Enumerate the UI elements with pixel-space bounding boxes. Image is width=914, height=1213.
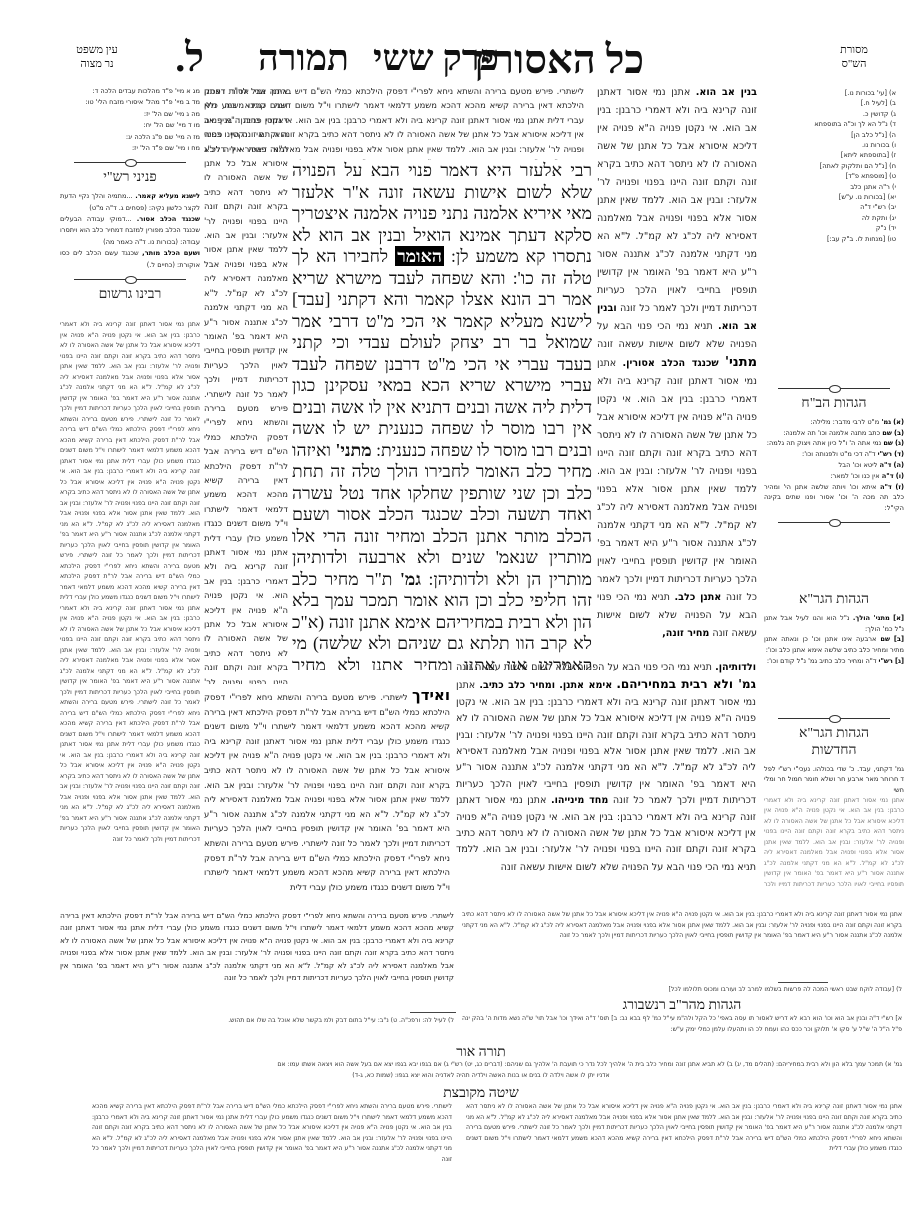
hagahot-habach: הגהות הב"ח (א) גמ' מ"ט לרבי מדבר: מלילה:… [764,380,904,530]
footnote-left: ל) לעיל לה: ורפכ"ה. ט) נ"ב: עי"ל בתום דב… [60,1016,454,1027]
habach-item: (ג) שם נמי אתה ה' ו"ל כיון אתה ויצוק תה … [764,438,904,449]
rabbeinu-gershom-title: רבינו גרשום [60,287,200,304]
daf-number: ל. [175,38,204,78]
mishna-text: ואיזהו מחיר כלב האומר לחבירו הולך טלה זה… [292,440,592,589]
tosafot-dh: ואידך [412,688,450,704]
page-header: מסורת הש"ס כל האסורין פרק ששי תמורה ל. ע… [0,30,914,90]
pninei-rashi-entry: ושעם הכלב מותר, שכנגד עשם הכלב לים כסו א… [60,248,200,271]
ein-mishpat-item: מז ה מיי' שם פ"ג הלכה יג: [60,132,200,143]
mesoret-label-line1: מסורת [824,44,884,58]
mesoret-item: יג) ותקת לה [766,213,896,223]
pninei-rashi-entry: לישנא מעליא קאמר. ...מתמיה והלך נקיי הדע… [60,191,200,214]
shita-mekubetzet-title: שיטה מקובצת [60,1086,902,1103]
rashi-dh: מחד מינייהו. [551,795,608,806]
rashi-lower-wide: אתנן נמי אסור דאתנן זונה קרינא ביה ולא ד… [462,910,902,988]
ornament-divider [74,275,186,283]
ornament-divider [74,158,186,166]
tosafot-bottom-block: ואידך לישתרי. פירש מטעם ברירה והשתא ניחא… [204,688,450,910]
torah-or-line1: גמ' א) תמכר עמך בלא הון ולא רבית במחיריה… [60,1060,902,1071]
torah-or-line2: אדניו יתן לו אשה וילדה לו בנים או בנות ה… [60,1071,902,1082]
chapter-name: כל האסורין [474,40,644,80]
gemara-line: רבי אלעזר היא דאמר פנוי הבא על הפנויה [292,160,592,180]
pninei-rashi-entry: שכנגד הכלב אסור. ...דמוקי עבודה הבעלים ש… [60,214,200,248]
dibbur-hamatchil-highlight: האומר [395,246,444,266]
rashi-dh: מתני' [725,355,757,370]
ein-mishpat-label: עין משפט נר מצוה [62,44,132,72]
rashi-dh: מחיר זונה, [662,628,709,639]
gemara-text: רבי אלעזר היא דאמר פנוי הבא על הפנויה של… [292,160,592,670]
ein-mishpat-label-line2: נר מצוה [62,58,132,72]
mesoret-item: ב) [לעיל ח.] [766,98,896,108]
chapter-label: פרק ששי [373,40,499,76]
hagahot-hagra: הגהות הגר"א [א] מתני' הולך. נ"ל הוא והנו… [764,590,904,667]
hagra-item: [ב] שם ארבעה אינו אתנן וכו' כן ונאתה אתנ… [764,634,904,656]
mesoret-item: ז) [בתוספתא ליתא] [766,150,896,160]
ein-mishpat-item: מג א מיי' פ"ד מהלכות עבדים הלכה ד: [60,86,200,97]
hagra-item: [ג] רש"י ד"ה ומחיר כלב כתיב גמ' נ"ל קודם… [764,656,904,667]
rashi-dh: אימא אתנן. [559,680,612,691]
footnote-rule-right [778,982,828,983]
ein-mishpat-item: מד ב מיי' פ"ד מהל' איסורי מזבח הלי' טו: [60,97,200,108]
ein-mishpat-item: מח ו מיי' שם פ"ד הל' יז: [60,143,200,154]
hagahot-maharshab-text: א] רש"י ד"ה ובנין אב הוא וכו' הוא רבא לא… [462,1014,902,1035]
mesoret-item: ו) בכורות נו. [766,140,896,150]
rashi-dh: ולדותיהן. [715,662,756,673]
ein-mishpat-item: מה ג מיי' שם הל' יז: [60,109,200,120]
rashi-dh: אתנן כלב. [675,592,722,603]
mesoret-item: טו) [מנחות לו. ב"ק עב:] [766,234,896,244]
pninei-rashi-title: פניני רש"י [60,170,200,187]
mesoret-item: ד) נ"ל הא לך וכ"ה בתוספתא [766,119,896,129]
hagahot-habach-title: הגהות הב"ח [764,396,904,413]
mesoret-hashas-column: א) [עי' בכורות נו.] ב) [לעיל ח.] ג) קדוש… [766,88,896,378]
habach-item: (ה) ד"ה ליטא וכו' הבל [764,460,904,471]
hagra-hachadashot-text: גמ' דקתני, עבד. כ' שדי בכולהו. נעכי"י רש… [764,764,904,796]
mesoret-item: ג) קדושין כ. [766,109,896,119]
habach-item: (ו) ד"ה אין כנו וכו' למאר: [764,471,904,482]
rashi-closing: תניא נמי הכי פנוי הבא על הפנויה שלא לשום… [456,860,756,900]
shita-mekubetzet-left: לישתרי. פירש מטעם ברירה והשתא ניחא לפרי"… [92,1102,452,1166]
habach-item: (א) גמ' מ"ט לרבי מדבר: מלילה: [764,417,904,428]
gemara-continuation: לחבירו הא לך טלה זה כו': והא שפחה לעבד מ… [292,246,592,460]
mesoret-item: ח) [נ"ל הם ותלקוק לאתה] [766,161,896,171]
mesoret-item: יד) נ"ק [766,223,896,233]
mesoret-item: י) ר"ה אתנן כלב [766,182,896,192]
tosafot-column: אתנן נמי אסור דאתנן זונה קרינא ביה ולא ד… [204,84,288,684]
mesoret-item: יב) רש"י ד"ה [766,202,896,212]
gemara-line: שלא לשום אישות עשאה זונה א"ר אלעזר [292,182,592,202]
mesoret-item: ה) [נ"ל כלב הן] [766,130,896,140]
hagahot-hagra-hachadashot-title: הגהות הגר"א החדשות [789,726,879,760]
ein-mishpat-label-line1: עין משפט [62,44,132,58]
shita-mekubetzet-right: אתנן נמי אסור דאתנן זונה קרינא ביה ולא ד… [466,1102,902,1166]
rashi-dh: שכנגד הכלב אסורין. [623,358,719,369]
rabbeinu-gershom-text: אתנן נמי אסור דאתנן זונה קרינא ביה ולא ד… [60,320,200,910]
hagra-hachadashot-continuation: אתנן נמי אסור דאתנן זונה קרינא ביה ולא ד… [764,796,904,886]
footnote-rule-left [410,1012,456,1013]
ornament-divider [778,714,890,722]
mesoret-label: מסורת הש"ס [824,44,884,72]
ornament-divider [778,518,890,526]
footnote-right: ל) [עבודה לוקח שבט ראשי המכה לה פרשות בש… [462,985,902,996]
ornament-divider [778,384,890,392]
habach-item: (ב) שם כתב מתנה אלמנה וכו' תה אלמנה: [764,428,904,439]
habach-item: (ד) רש"י ד"ה דכי מ"ט ולפנותה וכו': [764,449,904,460]
gemara-label: גמ' [400,569,421,589]
hagahot-hagra-hachadashot: הגהות הגר"א החדשות גמ' דקתני, עבד. כ' שד… [764,710,904,886]
rashi-text: אתנן נמי אסור דאתנן זונה קרינא ביה ולא ד… [597,358,757,603]
rashi-bottom-block: ולדותיהן. תניא נמי הכי פנוי הבא על הפנוי… [456,660,756,860]
rashi-dh: גמ' ולא רבית במחיריהם. [616,677,756,691]
rashi-dh: בנין אב הוא. [696,87,757,98]
ein-mishpat-item: מו ד מיי' שם הל' יח: [60,120,200,131]
mesoret-item: יא) [בכורות נו. ע"ש] [766,192,896,202]
gemara-line: מאי איריא אלמנה נתני פנויה אלמנה [353,203,592,223]
hagra-item: [א] מתני' הולך. נ"ל הוא והנו לעיל אבל את… [764,613,904,635]
rashi-column: בנין אב הוא. אתנן נמי אסור דאתנן זונה קר… [597,84,757,664]
rashi-dh: ומחיר כלב כתיב. [479,680,555,691]
hagahot-maharshab-title: הגהות מהר"ב רנשבורג [462,998,902,1015]
habach-item: (ז) ד"ה איתא וכו' ויותה שלשה אתנן הי' ומ… [764,482,904,514]
mesoret-item: ט) [מוספתא פ"ד] [766,171,896,181]
tosafot-top: לישתרי. פירש מטעם ברירה והשתא ניחא לפרי"… [204,84,584,160]
ein-mishpat-column: מג א מיי' פ"ד מהלכות עבדים הלכה ד: מד ב … [60,86,200,308]
mesoret-item: א) [עי' בכורות נו.] [766,88,896,98]
tractate-name: תמורה [258,40,349,76]
tosafot-bottom-wide: לישתרי. פירש מטעם ברירה והשתא ניחא לפרי"… [60,910,454,990]
mesoret-label-line2: הש"ס [824,58,884,72]
rashi-text: אתנן נמי אסור דאתנן זונה קרינא ביה ולא ד… [597,87,757,314]
hagahot-hagra-title: הגהות הגר"א [764,592,904,609]
mishna-label: מתני' [335,440,371,460]
